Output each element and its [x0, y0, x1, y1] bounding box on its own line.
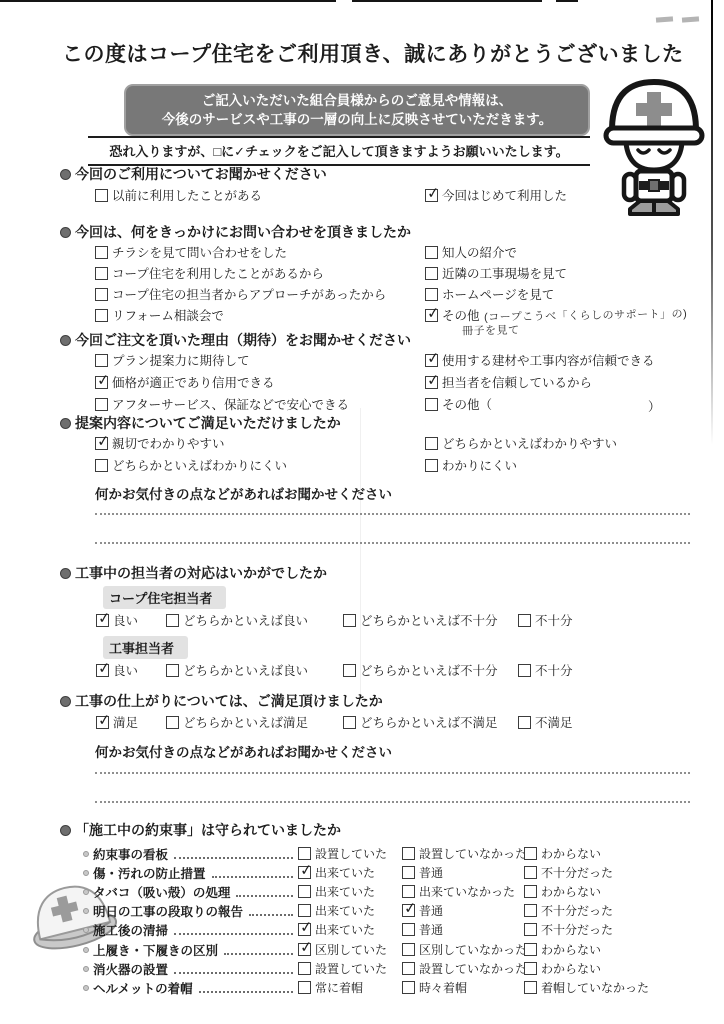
option-label: ホームページを見て: [442, 285, 554, 303]
checkbox-option[interactable]: 不満足: [518, 713, 573, 731]
option-label: プラン提案力に期待して: [112, 351, 250, 369]
option-label: コープ住宅を利用したことがあるから: [112, 264, 324, 282]
option-label: 区別していなかった: [419, 941, 527, 958]
worker-mascot-icon: [594, 74, 714, 220]
checkbox-option[interactable]: 使用する建材や工事内容が信頼できる: [425, 351, 655, 369]
promise-label: 明日の工事の段取りの報告: [93, 902, 243, 920]
page-title: この度はコープ住宅をご利用頂き、誠にありがとうございました: [62, 38, 684, 68]
checkbox-option[interactable]: 今回はじめて利用した: [425, 186, 567, 204]
checkbox-option[interactable]: 常に着帽: [298, 979, 363, 996]
option-label: 常に着帽: [315, 979, 363, 996]
option-label: どちらかといえば良い: [183, 611, 308, 629]
option-label: 出来ていなかった: [419, 883, 515, 900]
comment-line[interactable]: [95, 772, 690, 774]
dotted-leader: [224, 946, 293, 955]
option-label: 着帽していなかった: [541, 979, 649, 996]
scan-fold-line: [360, 408, 361, 698]
checkbox[interactable]: [402, 923, 415, 936]
dotted-leader: [174, 926, 293, 935]
checkbox-option[interactable]: どちらかといえば満足: [166, 713, 308, 731]
question-staff-title: 工事中の担当者の対応はいかがでしたか: [60, 563, 327, 583]
checkbox-option[interactable]: 普通: [402, 921, 443, 938]
check-instruction: 恐れ入りますが、□に✓チェックをご記入して頂きますようお願いいたします。: [88, 136, 590, 166]
checkbox[interactable]: [402, 962, 415, 975]
question-usage-title: 今回のご利用についてお聞かせください: [60, 164, 327, 184]
question-promises-title: 「施工中の約束事」は守られていましたか: [60, 820, 341, 840]
scan-artifact-vertical-line: [711, 0, 713, 445]
option-label: 近隣の工事現場を見て: [442, 264, 567, 282]
checkbox[interactable]: [298, 923, 311, 936]
option-label: 不十分: [535, 611, 573, 629]
option-label: アフターサービス、保証などで安心できる: [112, 395, 349, 413]
checkbox[interactable]: [425, 309, 438, 322]
checkbox[interactable]: [96, 716, 109, 729]
option-label: どちらかといえば不満足: [360, 713, 498, 731]
checkbox-option[interactable]: わからない: [524, 883, 601, 900]
bullet-icon: [83, 927, 89, 933]
handwritten-note: 冊子を見て: [462, 321, 520, 338]
checkbox-option-other[interactable]: その他(コープこうべ「くらしのサポート」の): [425, 306, 687, 324]
section-title-text: 今回ご注文を頂いた理由（期待）をお聞かせください: [75, 330, 411, 350]
option-label: どちらかといえば良い: [183, 661, 308, 679]
scan-smudge: [656, 17, 698, 22]
comment-prompt: 何かお気付きの点などがあればお聞かせください: [95, 483, 392, 503]
checkbox-option[interactable]: どちらかといえば良い: [166, 611, 308, 629]
option-label: 担当者を信頼しているから: [442, 373, 592, 391]
checkbox[interactable]: [166, 614, 179, 627]
option-label: わかりにくい: [442, 456, 517, 474]
option-label: 設置していなかった: [419, 960, 527, 977]
checkbox[interactable]: [298, 981, 311, 994]
checkbox-option[interactable]: 良い: [96, 611, 138, 629]
checkbox-option[interactable]: 価格が適正であり信用できる: [95, 373, 275, 391]
option-label: どちらかといえば不十分: [360, 611, 498, 629]
other-close-paren: ）: [648, 397, 661, 415]
checkbox[interactable]: [402, 866, 415, 879]
checkbox-option[interactable]: 担当者を信頼しているから: [425, 373, 592, 391]
checkbox[interactable]: [402, 943, 415, 956]
staff-group-label: 工事担当者: [103, 636, 188, 659]
checkbox[interactable]: [166, 664, 179, 677]
option-label: 出来ていた: [315, 902, 375, 919]
option-label: 出来ていた: [315, 864, 375, 881]
option-label: 今回はじめて利用した: [442, 186, 567, 204]
checkbox[interactable]: [402, 885, 415, 898]
option-label: コープ住宅の担当者からアプローチがあったから: [112, 285, 386, 303]
scan-artifact-line: [0, 0, 336, 2]
option-label: 普通: [419, 921, 443, 938]
bullet-icon: [83, 966, 89, 972]
option-label: その他（: [442, 395, 492, 413]
checkbox[interactable]: [343, 614, 356, 627]
checkbox-option[interactable]: 着帽していなかった: [524, 979, 649, 996]
checkbox-option[interactable]: 満足: [96, 713, 138, 731]
option-label: 区別していた: [315, 941, 387, 958]
dotted-leader: [174, 965, 293, 974]
checkbox-option[interactable]: 設置していなかった: [402, 960, 527, 977]
checkbox-option[interactable]: どちらかといえば良い: [166, 661, 308, 679]
checkbox[interactable]: [425, 246, 438, 259]
checkbox-option[interactable]: 出来ていなかった: [402, 883, 515, 900]
option-label: わからない: [541, 883, 601, 900]
checkbox[interactable]: [402, 847, 415, 860]
promise-row: 傷・汚れの防止措置 出来ていた 普通 不十分だった: [0, 863, 724, 880]
checkbox-option[interactable]: コープ住宅を利用したことがあるから: [95, 264, 324, 282]
section-title-text: 提案内容についてご満足いただけましたか: [75, 413, 341, 433]
checkbox[interactable]: [518, 716, 531, 729]
dotted-leader: [199, 984, 293, 993]
checkbox-option[interactable]: 不十分だった: [524, 921, 613, 938]
bullet-icon: [83, 870, 89, 876]
checkbox-option[interactable]: わからない: [524, 960, 601, 977]
checkbox[interactable]: [425, 267, 438, 280]
option-label: 不十分だった: [541, 921, 613, 938]
checkbox[interactable]: [298, 943, 311, 956]
option-label: 普通: [419, 864, 443, 881]
checkbox-option[interactable]: 区別していた: [298, 941, 387, 958]
option-label: 設置していた: [315, 845, 387, 862]
checkbox[interactable]: [298, 847, 311, 860]
promise-row: 明日の工事の段取りの報告 出来ていた 普通 不十分だった: [0, 901, 724, 918]
bullet-icon: [83, 889, 89, 895]
checkbox-option[interactable]: アフターサービス、保証などで安心できる: [95, 395, 349, 413]
checkbox-option[interactable]: 普通: [402, 902, 443, 919]
checkbox-option[interactable]: 良い: [96, 661, 138, 679]
checkbox-option[interactable]: どちらかといえば不満足: [343, 713, 498, 731]
checkbox[interactable]: [95, 398, 108, 411]
checkbox-option[interactable]: 出来ていた: [298, 902, 375, 919]
section-title-text: 工事中の担当者の対応はいかがでしたか: [75, 563, 327, 583]
comment-line[interactable]: [95, 542, 690, 544]
promise-row: 施工後の清掃 出来ていた 普通 不十分だった: [0, 920, 724, 937]
checkbox-option[interactable]: チラシを見て問い合わせをした: [95, 243, 287, 261]
checkbox[interactable]: [343, 664, 356, 677]
checkbox[interactable]: [425, 354, 438, 367]
option-label: 良い: [113, 611, 138, 629]
dotted-leader: [249, 907, 293, 916]
option-label: どちらかといえば不十分: [360, 661, 498, 679]
comment-prompt: 何かお気付きの点などがあればお聞かせください: [95, 741, 392, 761]
checkbox-option[interactable]: 出来ていた: [298, 864, 375, 881]
checkbox[interactable]: [343, 716, 356, 729]
checkbox-option[interactable]: 不十分: [518, 661, 573, 679]
checkbox[interactable]: [95, 189, 108, 202]
option-label: 不十分だった: [541, 902, 613, 919]
option-label: 時々着帽: [419, 979, 467, 996]
checkbox-option[interactable]: 時々着帽: [402, 979, 467, 996]
checkbox-option[interactable]: わからない: [524, 845, 601, 862]
checkbox-option[interactable]: どちらかといえば不十分: [343, 611, 498, 629]
promise-label: 約束事の看板: [93, 845, 168, 863]
checkbox-option[interactable]: 設置していなかった: [402, 845, 527, 862]
option-label: 不十分: [535, 661, 573, 679]
promise-label: 傷・汚れの防止措置: [93, 864, 206, 882]
option-label: リフォーム相談会で: [112, 306, 224, 324]
checkbox[interactable]: [425, 189, 438, 202]
checkbox[interactable]: [524, 885, 537, 898]
checkbox[interactable]: [402, 904, 415, 917]
bullet-icon: [83, 985, 89, 991]
option-label: 以前に利用したことがある: [112, 186, 262, 204]
option-label: 良い: [113, 661, 138, 679]
checkbox-option[interactable]: コープ住宅の担当者からアプローチがあったから: [95, 285, 386, 303]
option-label: 使用する建材や工事内容が信頼できる: [442, 351, 655, 369]
promise-label: 施工後の清掃: [93, 921, 168, 939]
checkbox[interactable]: [95, 267, 108, 280]
promise-row: ヘルメットの着帽 常に着帽 時々着帽 着帽していなかった: [0, 978, 724, 995]
checkbox-option[interactable]: 出来ていた: [298, 921, 375, 938]
option-label: わからない: [541, 941, 601, 958]
option-label: わからない: [541, 960, 601, 977]
option-label: どちらかといえばわかりにくい: [112, 456, 287, 474]
checkbox-option[interactable]: 不十分: [518, 611, 573, 629]
checkbox-option[interactable]: どちらかといえば不十分: [343, 661, 498, 679]
staff-group-label: コープ住宅担当者: [103, 586, 226, 609]
checkbox[interactable]: [425, 398, 438, 411]
checkbox[interactable]: [96, 614, 109, 627]
comment-line[interactable]: [95, 513, 690, 515]
checkbox[interactable]: [518, 664, 531, 677]
bullet-icon: [60, 696, 71, 707]
checkbox-option[interactable]: 親切でわかりやすい: [95, 434, 225, 452]
promise-row: 上履き・下履きの区別 区別していた 区別していなかった わからない: [0, 940, 724, 957]
question-reason-title: 今回ご注文を頂いた理由（期待）をお聞かせください: [60, 330, 411, 350]
option-label: 普通: [419, 902, 443, 919]
checkbox[interactable]: [518, 614, 531, 627]
option-label: どちらかといえば満足: [183, 713, 308, 731]
option-label: 出来ていた: [315, 883, 375, 900]
bullet-icon: [83, 908, 89, 914]
checkbox[interactable]: [425, 376, 438, 389]
checkbox[interactable]: [524, 923, 537, 936]
checkbox[interactable]: [524, 943, 537, 956]
checkbox[interactable]: [95, 246, 108, 259]
dotted-leader: [236, 888, 293, 897]
bullet-icon: [60, 169, 71, 180]
bullet-icon: [83, 947, 89, 953]
checkbox[interactable]: [95, 376, 108, 389]
bullet-icon: [83, 851, 89, 857]
checkbox-option[interactable]: わかりにくい: [425, 456, 517, 474]
option-label: 設置していた: [315, 960, 387, 977]
option-label: チラシを見て問い合わせをした: [112, 243, 287, 261]
checkbox[interactable]: [298, 962, 311, 975]
section-title-text: 「施工中の約束事」は守られていましたか: [75, 820, 341, 840]
checkbox[interactable]: [95, 309, 108, 322]
checkbox[interactable]: [298, 904, 311, 917]
bullet-icon: [60, 418, 71, 429]
notice-line1: ご記入いただいた組合員様からのご意見や情報は、: [202, 91, 513, 110]
promise-row: 約束事の看板 設置していた 設置していなかった わからない: [0, 844, 724, 861]
checkbox[interactable]: [425, 437, 438, 450]
checkbox[interactable]: [524, 962, 537, 975]
checkbox[interactable]: [298, 866, 311, 879]
checkbox[interactable]: [402, 981, 415, 994]
question-trigger-title: 今回は、何をきっかけにお問い合わせを頂きましたか: [60, 222, 411, 242]
option-label: 知人の紹介で: [442, 243, 517, 261]
section-title-text: 今回のご利用についてお聞かせください: [75, 164, 327, 184]
promise-label: タバコ（吸い殻）の処理: [93, 883, 230, 901]
option-label: 満足: [113, 713, 138, 731]
checkbox-option[interactable]: 不十分だった: [524, 864, 613, 881]
bullet-icon: [60, 227, 71, 238]
checkbox-option[interactable]: わからない: [524, 941, 601, 958]
comment-line[interactable]: [95, 801, 690, 803]
option-label: 設置していなかった: [419, 845, 527, 862]
option-label: 出来ていた: [315, 921, 375, 938]
dotted-leader: [174, 850, 293, 859]
checkbox-option-other[interactable]: その他（: [425, 395, 492, 413]
checkbox[interactable]: [524, 904, 537, 917]
option-label: 親切でわかりやすい: [112, 434, 225, 452]
checkbox[interactable]: [425, 459, 438, 472]
scan-artifact-line: [352, 0, 542, 2]
checkbox[interactable]: [95, 437, 108, 450]
section-title-text: 今回は、何をきっかけにお問い合わせを頂きましたか: [75, 222, 411, 242]
bullet-icon: [60, 335, 71, 346]
dotted-leader: [212, 869, 293, 878]
checkbox-option[interactable]: 不十分だった: [524, 902, 613, 919]
checkbox[interactable]: [95, 459, 108, 472]
checkbox[interactable]: [298, 885, 311, 898]
section-title-text: 工事の仕上がりについては、ご満足頂けましたか: [75, 691, 383, 711]
checkbox-option[interactable]: 普通: [402, 864, 443, 881]
notice-line2: 今後のサービスや工事の一層の向上に反映させていただきます。: [162, 110, 552, 129]
checkbox-option[interactable]: 設置していた: [298, 960, 387, 977]
checkbox[interactable]: [96, 664, 109, 677]
option-label: 不満足: [535, 713, 573, 731]
checkbox-option[interactable]: どちらかといえばわかりにくい: [95, 456, 287, 474]
promise-label: 消火器の設置: [93, 960, 168, 978]
promise-label: 上履き・下履きの区別: [93, 941, 218, 959]
checkbox[interactable]: [524, 981, 537, 994]
promise-row: タバコ（吸い殻）の処理 出来ていた 出来ていなかった わからない: [0, 882, 724, 899]
checkbox[interactable]: [425, 288, 438, 301]
question-proposal-title: 提案内容についてご満足いただけましたか: [60, 413, 341, 433]
checkbox-option[interactable]: ホームページを見て: [425, 285, 554, 303]
checkbox-option[interactable]: 近隣の工事現場を見て: [425, 264, 567, 282]
promise-row: 消火器の設置 設置していた 設置していなかった わからない: [0, 959, 724, 976]
checkbox-option[interactable]: どちらかといえばわかりやすい: [425, 434, 617, 452]
checkbox-option[interactable]: 知人の紹介で: [425, 243, 517, 261]
checkbox-option[interactable]: 以前に利用したことがある: [95, 186, 262, 204]
checkbox[interactable]: [95, 354, 108, 367]
checkbox-option[interactable]: 出来ていた: [298, 883, 375, 900]
checkbox[interactable]: [524, 866, 537, 879]
checkbox-option[interactable]: プラン提案力に期待して: [95, 351, 250, 369]
bullet-icon: [60, 825, 71, 836]
checkbox-option[interactable]: 区別していなかった: [402, 941, 527, 958]
option-label: わからない: [541, 845, 601, 862]
checkbox[interactable]: [95, 288, 108, 301]
checkbox-option[interactable]: リフォーム相談会で: [95, 306, 224, 324]
bullet-icon: [60, 568, 71, 579]
question-finish-title: 工事の仕上がりについては、ご満足頂けましたか: [60, 691, 383, 711]
option-label: 不十分だった: [541, 864, 613, 881]
promise-label: ヘルメットの着帽: [93, 979, 193, 997]
checkbox[interactable]: [166, 716, 179, 729]
scan-artifact-line: [556, 0, 578, 2]
checkbox[interactable]: [524, 847, 537, 860]
option-label: 価格が適正であり信用できる: [112, 373, 275, 391]
option-label: どちらかといえばわかりやすい: [442, 434, 617, 452]
notice-box: ご記入いただいた組合員様からのご意見や情報は、 今後のサービスや工事の一層の向上…: [124, 84, 590, 136]
